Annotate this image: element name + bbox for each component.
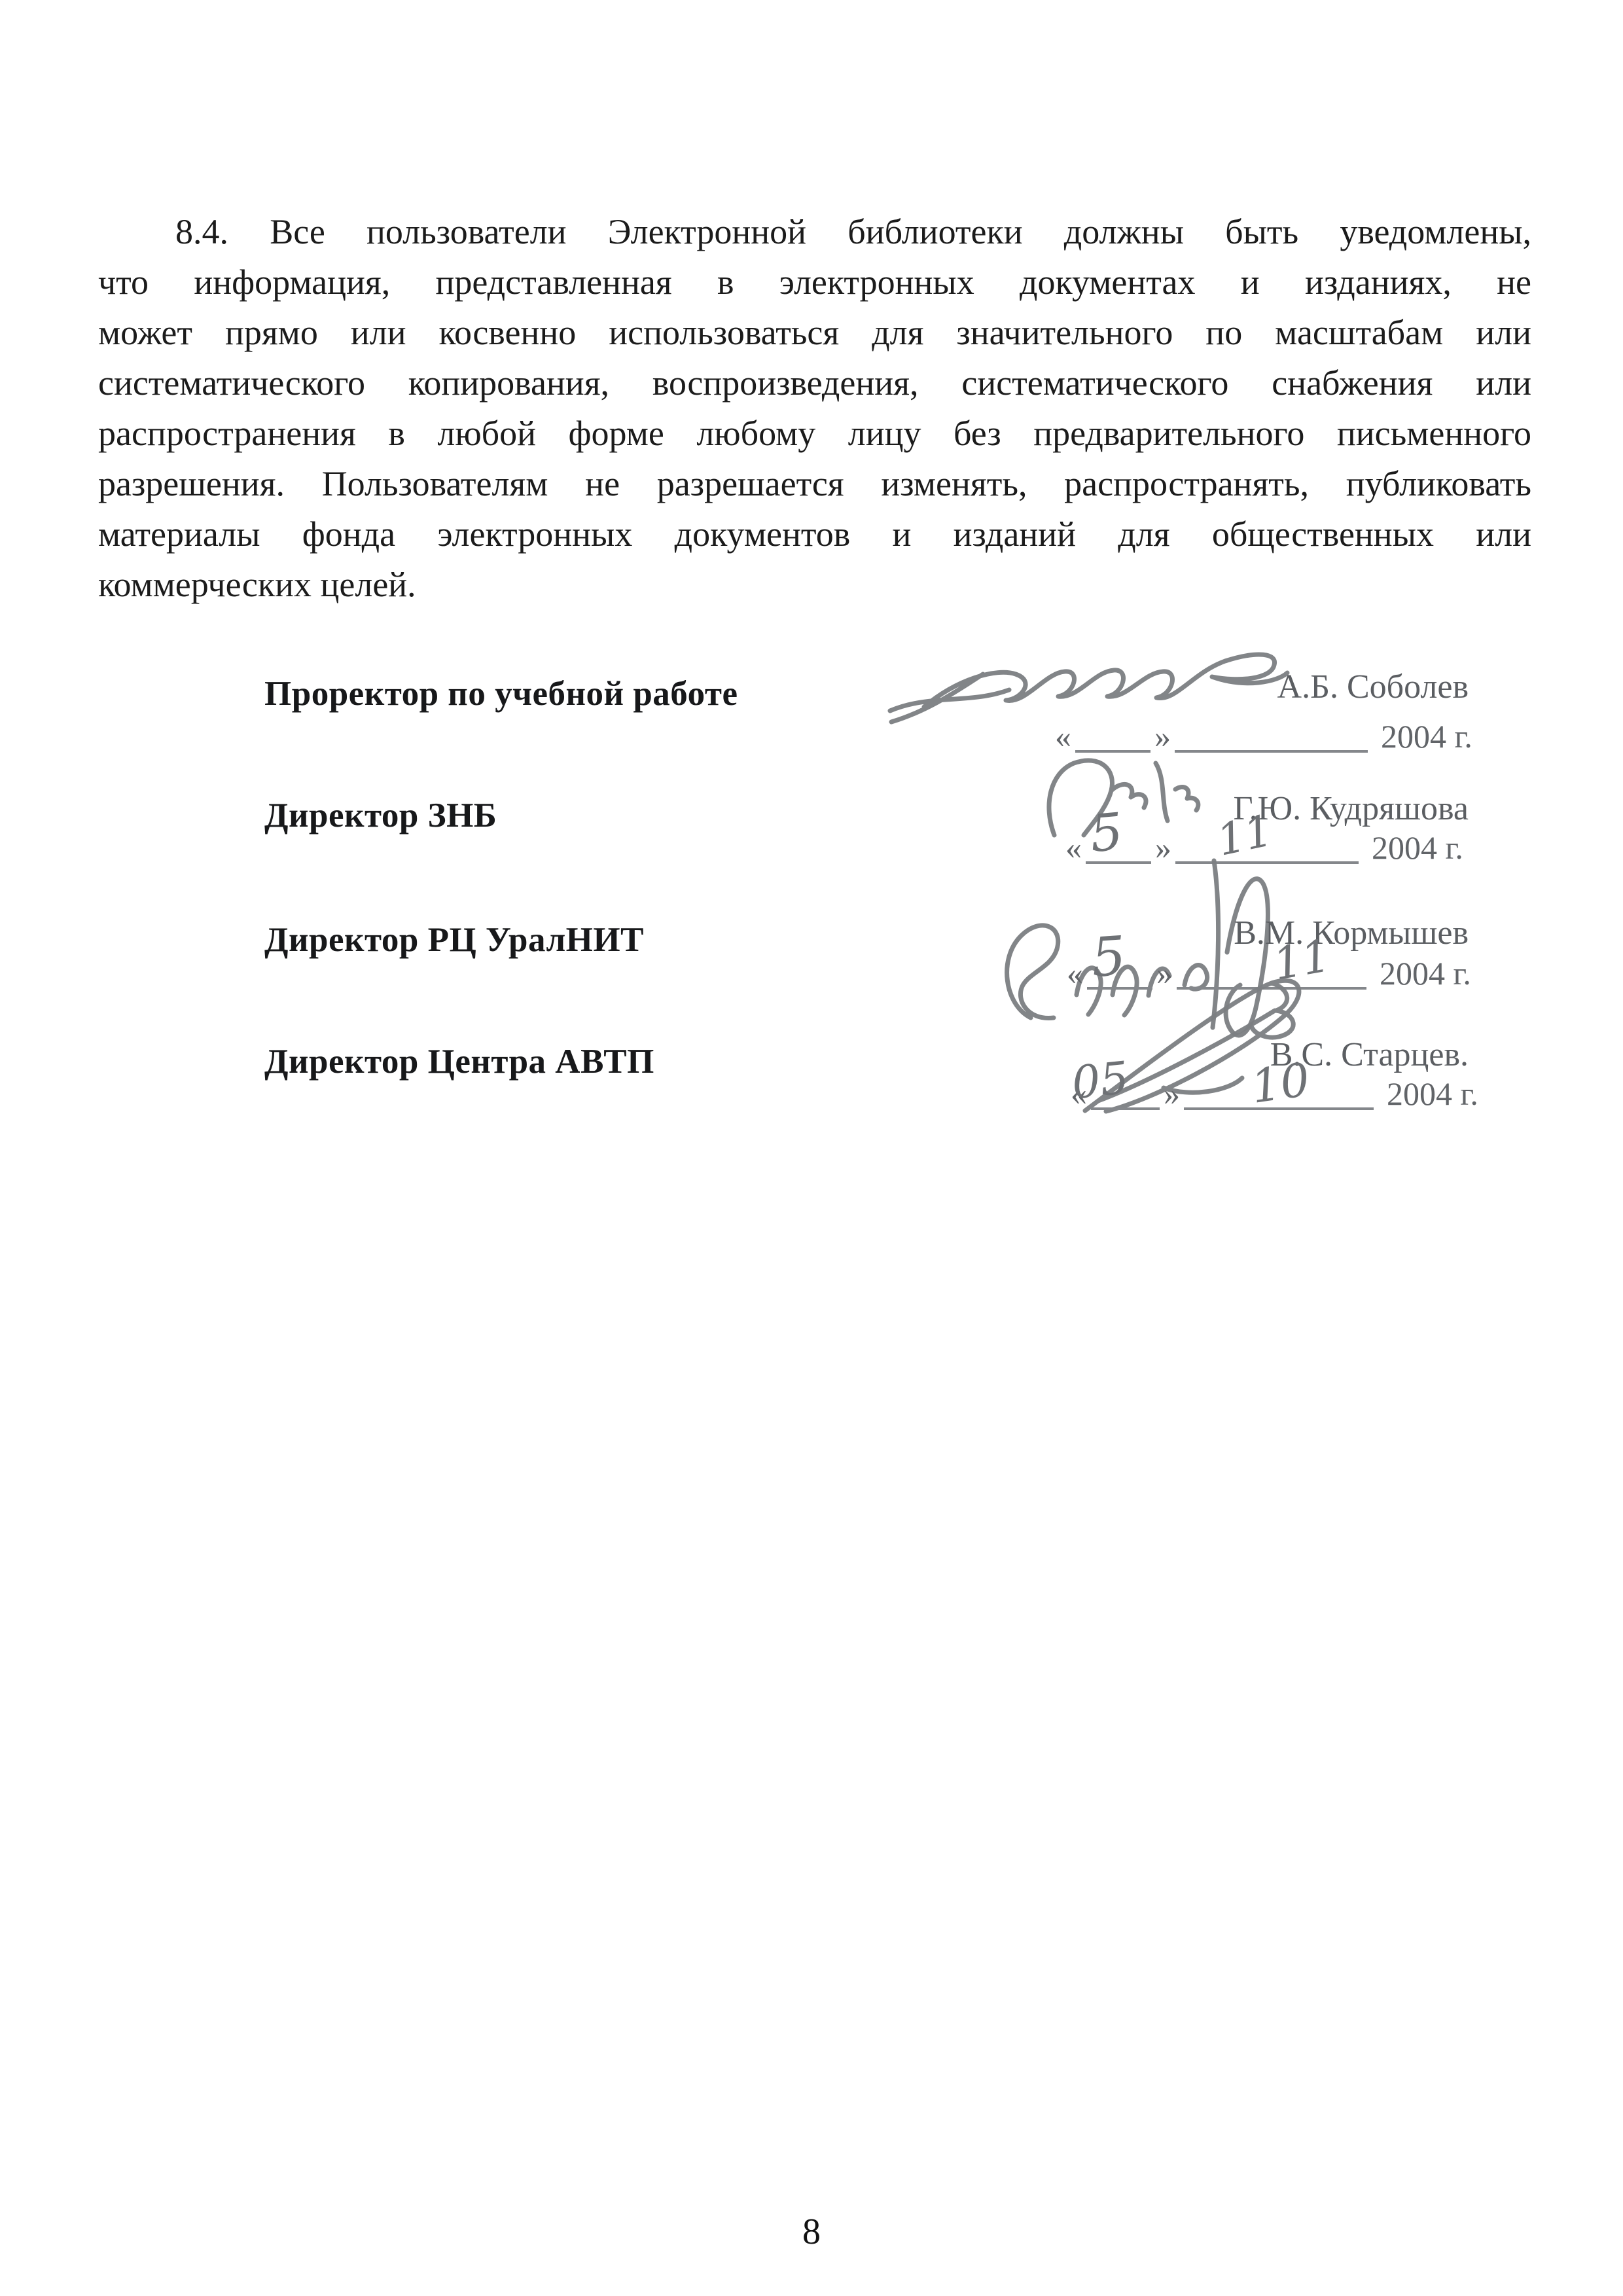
open-guillemet: «: [1055, 718, 1071, 755]
year-label: 2004 г.: [1372, 829, 1463, 866]
signatory-name-sobolev: А.Б. Соболев: [945, 668, 1469, 706]
month-blank-line: [1175, 721, 1368, 753]
signatory-title-director-znb: Директор ЗНБ: [264, 796, 497, 835]
paragraph-line: материалы фонда электронных документов и…: [98, 509, 1531, 560]
scanned-document-page: 8.4. Все пользователи Электронной библио…: [0, 0, 1623, 2296]
paragraph-line: что информация, представленная в электро…: [98, 257, 1531, 308]
signatory-name-startsev: В.С. Старцев.: [945, 1035, 1469, 1074]
handwritten-day: 05: [1069, 1052, 1131, 1110]
paragraph-line: распространения в любой форме любому лиц…: [98, 408, 1531, 459]
day-blank-line: [1075, 721, 1150, 753]
year-label: 2004 г.: [1381, 718, 1472, 755]
paragraph-line: систематического копирования, воспроизве…: [98, 358, 1531, 408]
paragraph-line: коммерческих целей.: [98, 560, 1531, 610]
signatory-title-director-uralnit: Директор РЦ УралНИТ: [264, 920, 644, 960]
clause-8-4-paragraph: 8.4. Все пользователи Электронной библио…: [98, 207, 1531, 610]
close-guillemet: »: [1164, 1075, 1180, 1112]
paragraph-line: 8.4. Все пользователи Электронной библио…: [98, 207, 1531, 257]
year-label: 2004 г.: [1387, 1075, 1478, 1112]
page-number: 8: [0, 2211, 1623, 2253]
signatory-title-director-avtp: Директор Центра АВТП: [264, 1042, 654, 1081]
year-label: 2004 г.: [1380, 955, 1471, 992]
signatory-name-kudryashova: Г.Ю. Кудряшова: [945, 789, 1469, 828]
signatory-name-kormyshev: В.М. Кормышев: [945, 914, 1469, 952]
signatory-title-prorektor: Проректор по учебной работе: [264, 674, 738, 713]
handwritten-month: 10: [1248, 1052, 1313, 1114]
paragraph-line: разрешения. Пользователям не разрешается…: [98, 459, 1531, 509]
paragraph-line: может прямо или косвенно использоваться …: [98, 308, 1531, 358]
close-guillemet: »: [1154, 718, 1171, 755]
